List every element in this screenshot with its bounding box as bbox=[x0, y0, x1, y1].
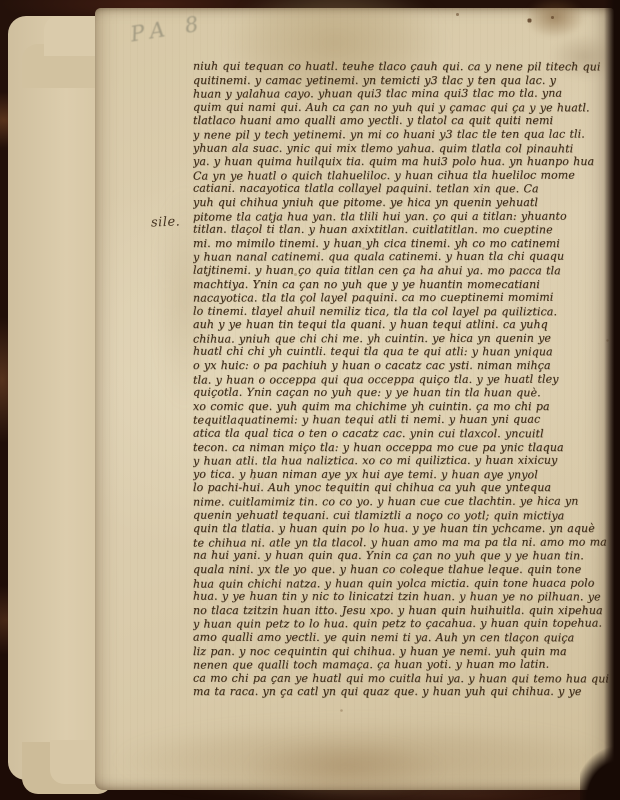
stain-bottom-band bbox=[115, 720, 615, 800]
stain-bottom-blotch bbox=[245, 738, 445, 798]
page-edge-striations bbox=[26, 52, 102, 758]
text-line: titlan. tlaçol ti tlan. y huan axixtitla… bbox=[193, 223, 620, 237]
text-line: nacayotica. tla tla çol layel paquini. c… bbox=[193, 291, 620, 306]
text-line: o yx huic: o pa pachiuh y huan o cacatz … bbox=[193, 359, 620, 373]
text-line: lo pachi-hui. Auh ynoc tequitin qui chih… bbox=[193, 481, 620, 495]
gutter-shadow bbox=[604, 0, 620, 800]
book-photo: PA 8 sile. niuh qui tequan co huatl. teu… bbox=[0, 0, 620, 800]
text-line: hua quin chichi natza. y huan quin yolca… bbox=[193, 576, 620, 591]
text-line: tla. y huan o occeppa qui qua occeppa qu… bbox=[193, 372, 620, 387]
text-line: quim qui nami qui. Auh ca çan no yuh qui… bbox=[193, 100, 620, 114]
text-line: huatl chi chi yh cuintli. tequi tla qua … bbox=[193, 345, 620, 359]
text-line: huan y yalahua cayo. yhuan qui3 tlac min… bbox=[193, 87, 620, 102]
stain-top-right bbox=[525, 0, 585, 38]
text-line: latjtinemi. y huan ço quia titlan cen ça… bbox=[193, 264, 620, 278]
text-line: nenen que qualli toch mamaça. ça huan yo… bbox=[193, 658, 620, 673]
text-line: atica tla qual tica o ten o cacatz cac. … bbox=[193, 427, 620, 441]
text-line: quenin yehuatl tequani. cui tlamiztli a … bbox=[193, 508, 620, 522]
text-line: te chihua ni. atle yn tla tlacol. y huan… bbox=[193, 535, 620, 550]
text-line: yuh qui chihua yniuh que pitome. ye hica… bbox=[193, 196, 620, 210]
text-line: mi. mo mimilo tinemi. y huan yh cica tin… bbox=[193, 237, 620, 251]
text-line: catiani. nacayotica tlatla collayel paqu… bbox=[193, 182, 620, 196]
text-line: liz pan. y noc cequintin qui chihua. y h… bbox=[193, 645, 620, 659]
text-line: yo tica. y huan niman aye yx hui aye tem… bbox=[193, 467, 620, 481]
text-line: ma ta raca. yn ça catl yn qui quaz que. … bbox=[193, 685, 620, 699]
ink-specks bbox=[95, 8, 96, 9]
margin-note: sile. bbox=[151, 214, 181, 230]
text-line: ya. y huan quima huilquix tia. quim ma h… bbox=[193, 155, 620, 169]
gutter-shadow-bottom bbox=[580, 745, 620, 800]
text-line: ca mo chi pa çan ye huatl qui mo cuitla … bbox=[193, 671, 620, 685]
text-line: lo tinemi. tlayel ahuil nemiliz tica, tl… bbox=[193, 304, 620, 318]
text-line: niuh qui tequan co huatl. teuhe tlaco ça… bbox=[193, 60, 620, 74]
text-line: tlatlaco huani amo qualli amo yectli. y … bbox=[193, 114, 620, 128]
text-line: Ca yn ye huatl o quich tlahueliloc. y hu… bbox=[193, 168, 620, 183]
text-line: quin tla tlatia. y huan quin po lo hua. … bbox=[193, 522, 620, 536]
text-line: tecon. ca niman miço tla: y huan occeppa… bbox=[193, 441, 620, 455]
text-line: na hui yani. y huan quin qua. Ynin ca ça… bbox=[193, 549, 620, 563]
text-line: y nene pil y tech yetinemi. yn mi co hua… bbox=[193, 127, 620, 142]
text-line: quala nini. yx tle yo que. y huan co col… bbox=[193, 563, 620, 577]
text-line: y huan quin petz to lo hua. quin petz to… bbox=[193, 617, 620, 632]
text-line: tequitlaquatinemi: y huan tequi atli ti … bbox=[193, 413, 620, 428]
text-line: y huan nanal catinemi. qua quala catinem… bbox=[193, 250, 620, 265]
text-line: nime. cuitlamimiz tin. co co yo. y huan … bbox=[193, 494, 620, 509]
text-line: yhuan ala suac. ynic qui mix tlemo yahua… bbox=[193, 141, 620, 155]
text-line: no tlaca tzitzin huan itto. Jesu xpo. y … bbox=[193, 604, 620, 618]
text-line: xo comic que. yuh quim ma chichime yh cu… bbox=[193, 400, 620, 414]
text-line: quitinemi. y camac yetinemi. yn temicti … bbox=[193, 74, 620, 88]
text-line: y huan atli. tla hua naliztica. xo co mi… bbox=[193, 454, 620, 469]
text-line: pitome tla catja hua yan. tla tlili hui … bbox=[193, 209, 620, 224]
text-block: niuh qui tequan co huatl. teuhe tlaco ça… bbox=[193, 60, 620, 708]
text-line: amo qualli amo yectli. ye quin nemi ti y… bbox=[193, 631, 620, 645]
text-line: quiçotla. Ynin caçan no yuh que: y ye hu… bbox=[193, 386, 620, 400]
text-line: auh y ye huan tin tequi tla quani. y hua… bbox=[193, 318, 620, 332]
text-line: hua. y ye huan tin y nic to linicatzi tz… bbox=[193, 590, 620, 604]
text-line: machtiya. Ynin ca çan no yuh que y ye hu… bbox=[193, 278, 620, 292]
